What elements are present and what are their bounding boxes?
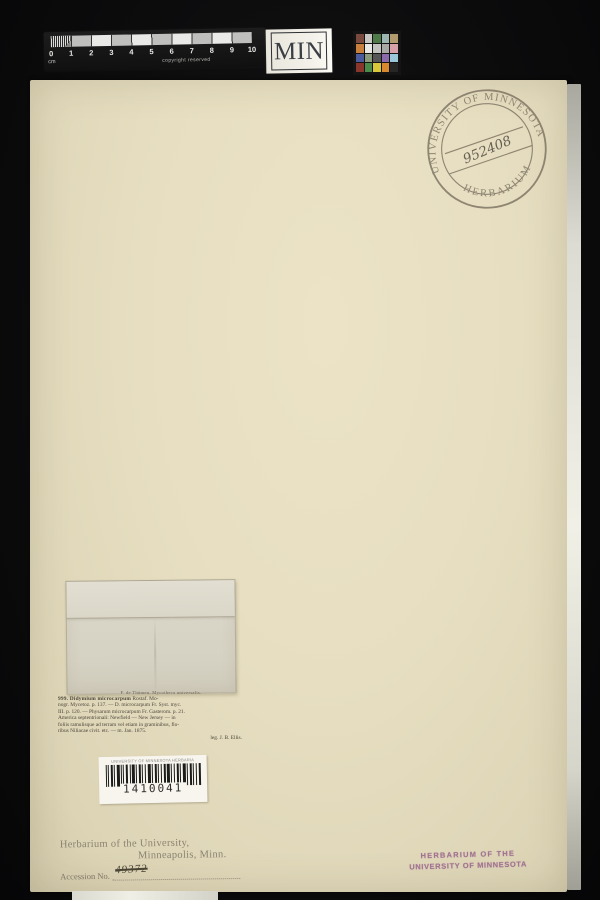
accession-number-struck: 49372 [115,863,148,877]
color-swatch [390,54,398,63]
minneapolis-text: Minneapolis, Minn. [138,849,270,862]
ruler-number: 1 [61,49,81,58]
ruler-number: 9 [222,45,242,54]
color-swatch [373,54,381,63]
accession-label: Accession No. [60,871,110,882]
card-border [271,32,328,71]
ruler-number: 0 [41,49,61,58]
ruler-copyright-label: copyright reserved [162,57,210,64]
label-body: 999. Didymium microcarpum Rostaf. Mo- no… [58,696,264,734]
color-swatch [382,54,390,63]
species-name: 999. Didymium microcarpum [58,696,131,702]
ruler-mm-ticks [51,36,71,47]
label-series-header: F. de Thümen. Mycotheca universalis. [58,690,264,695]
ruler-number: 6 [162,46,182,55]
color-calibration-chart [353,31,401,75]
label-line: ribus Niliacae civit. etc. — m. Jan. 187… [58,728,264,734]
exsiccata-label: F. de Thümen. Mycotheca universalis. 999… [58,690,264,741]
color-swatch [356,54,364,63]
ruler-number: 7 [182,46,202,55]
scale-ruler: 0 1 2 3 4 5 6 7 8 9 10 cm copyright rese… [44,28,267,72]
color-swatch [373,34,381,43]
label-line-rest: Rostaf. Mo- [131,696,158,702]
color-swatch [356,44,364,53]
color-swatch [356,63,364,72]
ruler-number: 8 [202,46,222,55]
color-swatch [390,34,398,43]
barcode-label: UNIVERSITY OF MINNESOTA HERBARIA 1410041 [99,755,208,804]
color-swatch [365,54,373,63]
color-swatch [382,34,390,43]
collector-credit: leg. J. B. Ellis. [58,735,264,741]
sheet-fore-edge [567,84,581,890]
color-swatch [373,44,381,53]
color-swatch [390,44,398,53]
color-swatch [365,63,373,72]
svg-text:HERBARIUM: HERBARIUM [459,160,540,209]
specimen-packet [65,579,236,695]
color-swatch [382,63,390,72]
stamp-bottom-text: HERBARIUM [459,160,540,209]
ruler-number: 3 [101,48,121,57]
barcode-number: 1410041 [120,782,187,794]
ruler-number: 4 [121,47,141,56]
ruler-unit-label: cm [48,59,55,65]
ruler-number: 5 [141,47,161,56]
packet-crease [154,617,157,689]
color-swatch [365,44,373,53]
ownership-stamp: HERBARIUM OF THE UNIVERSITY OF MINNESOTA [404,848,532,871]
ruler-numbers: 0 1 2 3 4 5 6 7 8 9 10 [41,45,269,59]
underlying-sheet-sliver [72,891,218,900]
color-swatch [390,63,398,72]
packet-flap [66,580,234,619]
color-swatch [373,63,381,72]
color-swatch [365,34,373,43]
ruler-number: 2 [81,48,101,57]
institution-code-card: MIN [266,28,333,73]
color-swatch [356,34,364,43]
ruler-number: 10 [242,45,262,54]
color-swatch [382,44,390,53]
accession-block: Herbarium of the University, Minneapolis… [60,837,271,882]
